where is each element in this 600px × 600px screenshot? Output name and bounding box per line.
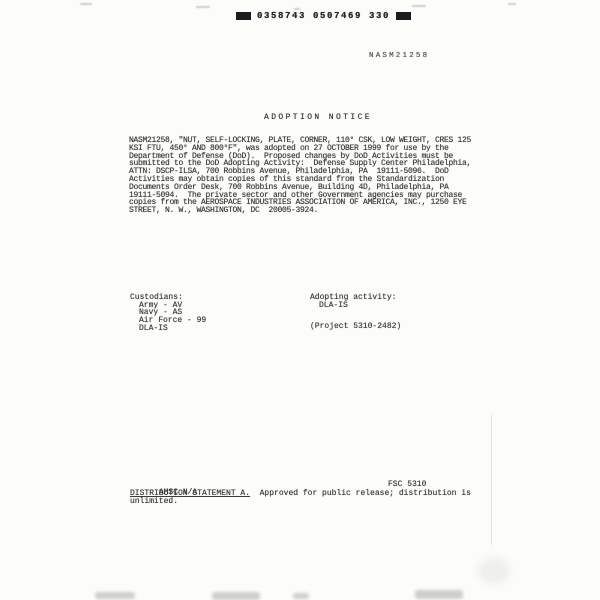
custodians-block: Custodians: Army - AV Navy - AS Air Forc… — [130, 294, 206, 333]
scan-artifact — [294, 8, 300, 10]
scan-artifact — [412, 5, 426, 7]
scan-artifact — [95, 592, 135, 599]
scan-artifact — [80, 3, 92, 5]
scan-artifact — [293, 593, 309, 599]
body-line: STREET, N. W., WASHINGTON, DC 20005-3924… — [129, 207, 485, 215]
scan-artifact — [491, 415, 492, 545]
distribution-statement-continuation: unlimited. — [130, 498, 471, 506]
footer-block: AMSC N/A FSC 5310 DISTRIBUTION STATEMENT… — [130, 481, 471, 507]
notice-body: NASM21258, "NUT, SELF-LOCKING, PLATE, CO… — [129, 137, 485, 215]
page-title: ADOPTION NOTICE — [264, 113, 372, 122]
custodian-item: DLA-IS — [130, 325, 206, 333]
distribution-statement-text: Approved for public release; distributio… — [250, 489, 471, 498]
amsc-fsc-row: AMSC N/A FSC 5310 — [130, 481, 470, 490]
scan-artifact — [508, 3, 516, 5]
project-number: (Project 5310-2482) — [310, 323, 401, 331]
fsc-code: FSC 5310 — [388, 481, 426, 489]
scan-artifact — [212, 592, 260, 600]
barcode-block-icon — [396, 12, 411, 20]
barcode-number: 0358743 0507469 330 — [257, 11, 390, 21]
adopting-activity: DLA-IS — [310, 302, 401, 310]
document-id: NASM21258 — [369, 52, 429, 60]
scan-artifact — [415, 590, 463, 599]
adopting-activity-block: Adopting activity: DLA-IS (Project 5310-… — [310, 294, 401, 331]
scan-artifact — [196, 6, 210, 8]
scanned-adoption-notice-page: 0358743 0507469 330 NASM21258 ADOPTION N… — [0, 0, 600, 600]
amsc-code: AMSC N/A — [159, 488, 197, 497]
barcode-block-icon — [236, 12, 251, 20]
scan-artifact — [478, 558, 510, 584]
barcode-strip: 0358743 0507469 330 — [236, 11, 411, 21]
